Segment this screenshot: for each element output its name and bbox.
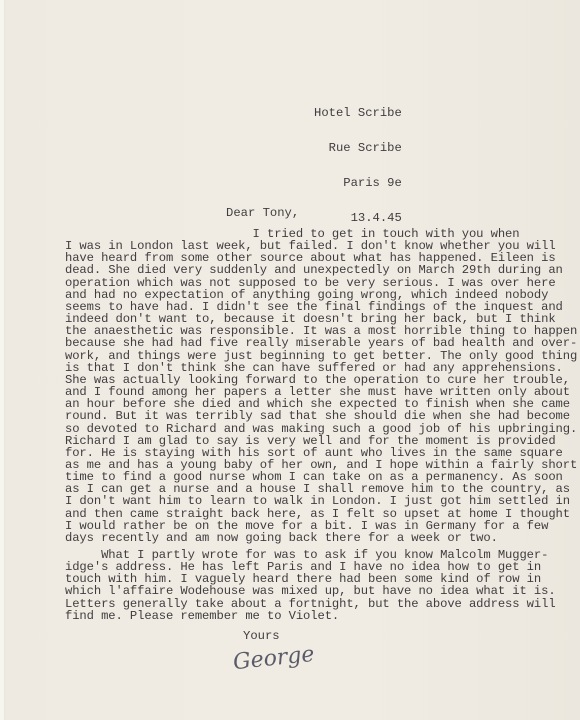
text-line: Letters generally take about a fortnight…: [65, 598, 575, 610]
text-line: work, and things were just beginning to …: [65, 350, 575, 362]
address-line: Rue Scribe: [314, 143, 402, 155]
text-line: and then came straight back here, as I f…: [65, 508, 575, 520]
text-line: days recently and am now going back ther…: [65, 532, 575, 544]
address-line: Paris 9e: [314, 178, 402, 190]
text-line: operation which was not supposed to be v…: [65, 277, 575, 289]
text-line: Richard I am glad to say is very well an…: [65, 435, 575, 447]
text-line: so devoted to Richard and was making suc…: [65, 423, 575, 435]
paper-edge: [0, 0, 4, 720]
text-line: round. But it was terribly sad that she …: [65, 410, 575, 422]
letter-page: Hotel Scribe Rue Scribe Paris 9e 13.4.45…: [0, 0, 580, 720]
address-line: Hotel Scribe: [314, 108, 402, 120]
salutation: Dear Tony,: [226, 206, 299, 220]
letter-date: 13.4.45: [314, 213, 402, 225]
text-line: because she had had five really miserabl…: [65, 337, 575, 349]
handwritten-signature: George: [232, 642, 316, 675]
paragraph-1: I tried to get in touch with you whenI w…: [65, 228, 575, 544]
paragraph-2: What I partly wrote for was to ask if yo…: [65, 549, 575, 622]
text-line: which l'affaire Wodehouse was mixed up, …: [65, 585, 575, 597]
closing: Yours: [243, 629, 280, 643]
text-line: I don't want him to learn to walk in Lon…: [65, 495, 575, 507]
text-line: find me. Please remember me to Violet.: [65, 610, 575, 622]
sender-address: Hotel Scribe Rue Scribe Paris 9e 13.4.45: [314, 85, 402, 247]
text-line: dead. She died very suddenly and unexpec…: [65, 264, 575, 276]
